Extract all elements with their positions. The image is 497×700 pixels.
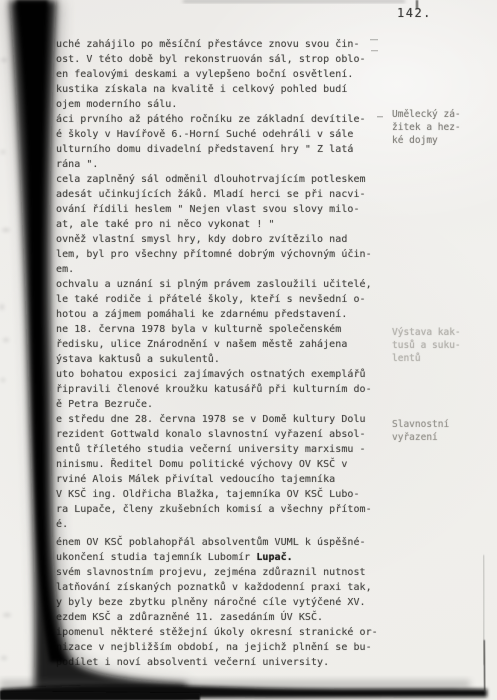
text-line: énem OV KSČ poblahopřál absolventům VUML… — [56, 535, 378, 550]
text-line: y byly beze zbytku plněny náročné cíle v… — [56, 595, 378, 610]
text-line: ochvalu a uznání si plným právem zaslouž… — [56, 277, 372, 292]
right-edge-line — [484, 555, 486, 691]
text-line: adesát učinkujících žáků. Mladí herci se… — [56, 187, 372, 202]
text-line: entů tříletého studia večerní university… — [56, 442, 372, 457]
bottom-scan-border — [0, 680, 487, 700]
margin-note-line: vyřazení — [392, 431, 449, 444]
page-number: 142. — [397, 6, 432, 20]
text-line: ování řídili heslem " Nejen vlast svou s… — [56, 202, 372, 217]
text-line: ukončení studia tajemník Lubomír Lupač. — [56, 550, 378, 565]
margin-note-line: žitek a hez- — [392, 121, 461, 134]
text-line: é. — [56, 517, 372, 532]
text-line: le také rodiče i přátelé školy, kteří s … — [56, 292, 372, 307]
text-line: ra Lupače, členy zkušebních komisí a vše… — [56, 502, 372, 517]
body-text-block-1: uché zahájilo po měsíční přestávce znovu… — [56, 37, 372, 532]
text-line: řipravili členové kroužku katusářů při k… — [56, 382, 372, 397]
text-line: V KSČ ing. Oldřicha Blažka, tajemníka OV… — [56, 487, 372, 502]
margin-smudges — [0, 58, 11, 660]
text-line: lem, byl pro všechny přítomné dobrým výc… — [56, 247, 372, 262]
text-line: em. — [56, 262, 372, 277]
text-line: latňování získaných poznatků v každodenn… — [56, 580, 378, 595]
top-edge-streak — [183, 0, 418, 9]
text-line: svém slavnostním projevu, zejména zdůraz… — [56, 565, 378, 580]
text-line: ovněž vlastní smysl hry, kdy dobro zvítě… — [56, 232, 372, 247]
text-line: ředisku, ulice Znárodnění v našem městě … — [56, 337, 372, 352]
body-text-block-2: énem OV KSČ poblahopřál absolventům VUML… — [56, 535, 378, 670]
text-line: ipomenul některé stěžejní úkoly okresní … — [56, 625, 378, 640]
text-line: rviné Alois Málek přivítal vedoucího taj… — [56, 472, 372, 487]
scanned-document-page: 142. uché zahájilo po měsíční přestávce … — [0, 0, 497, 700]
text-line: rána ". — [56, 157, 372, 172]
text-line: podílet i noví absolventi večerní univer… — [56, 655, 378, 670]
pencil-marks — [370, 39, 383, 117]
margin-note-line: ké dojmy — [392, 134, 461, 147]
margin-note-line: Slavnostní — [392, 418, 449, 431]
text-line: nizace v nejbližším období, na jejichž p… — [56, 640, 378, 655]
margin-note: Výstava kak-tusů a suku-lentů — [392, 326, 461, 365]
text-line: hotou a zájmem pomáhali ke zdarnému před… — [56, 307, 372, 322]
text-line: at, ale také pro ni něco vykonat ! " — [56, 217, 372, 232]
text-line: ne 18. června 1978 byla v kulturně spole… — [56, 322, 372, 337]
text-line: ezdem KSČ a zdůrazněné 11. zasedáním ÚV … — [56, 610, 378, 625]
margin-note-line: Umělecký zá- — [392, 108, 461, 121]
text-line: cela zaplněný sál odměnil dlouhotrvající… — [56, 172, 372, 187]
text-line: áci prvního až pátého ročníku ze základn… — [56, 112, 372, 127]
text-line: ýstava kaktusů a sukulentů. — [56, 352, 372, 367]
text-line: uto bohatou exposici zajímavých ostnatýc… — [56, 367, 372, 382]
margin-note: Slavnostnívyřazení — [392, 418, 449, 444]
text-line: en fealovými deskami a vylepšeno boční o… — [56, 67, 372, 82]
text-line: ost. V této době byl rekonstruován sál, … — [56, 52, 372, 67]
text-line: rezident Gottwald konalo slavnostní vyřa… — [56, 427, 372, 442]
text-line: é školy v Havířově 6.-Horní Suché odehrá… — [56, 127, 372, 142]
text-line: ulturního domu divadelní představení hry… — [56, 142, 372, 157]
text-line: e středu dne 28. června 1978 se v Domě k… — [56, 412, 372, 427]
margin-note: Umělecký zá-žitek a hez-ké dojmy — [392, 108, 461, 147]
text-line: ojem moderního sálu. — [56, 97, 372, 112]
emphasized-text: Lupač. — [256, 552, 292, 563]
margin-note-line: Výstava kak- — [392, 326, 461, 339]
margin-note-line: lentů — [392, 352, 461, 365]
text-line: kustika získala na kvalitě i celkový poh… — [56, 82, 372, 97]
margin-note-line: tusů a suku- — [392, 339, 461, 352]
text-line: uché zahájilo po měsíční přestávce znovu… — [56, 37, 372, 52]
text-line: ě Petra Bezruče. — [56, 397, 372, 412]
text-line: ninismu. Ředitel Domu politické výchovy … — [56, 457, 372, 472]
